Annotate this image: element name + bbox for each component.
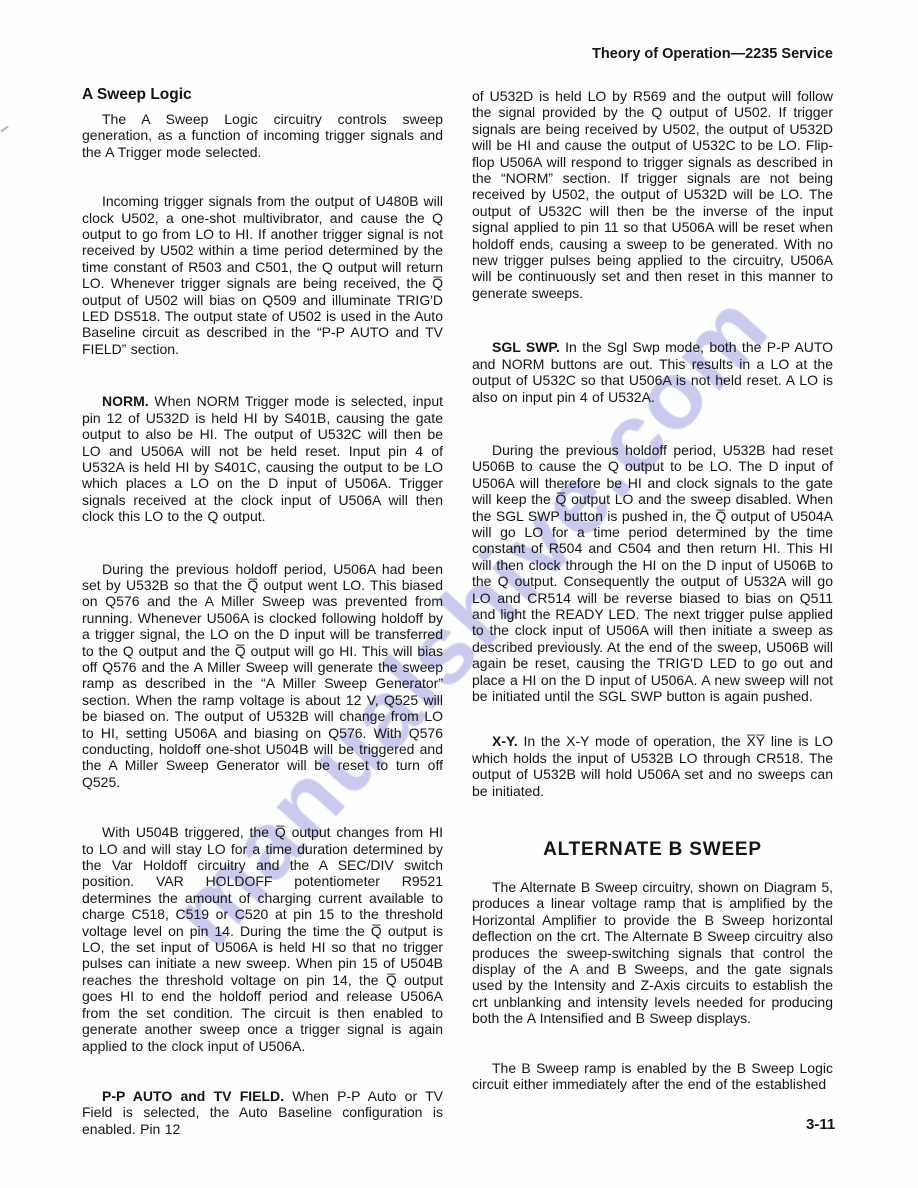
scan-artifact-mark: [0, 126, 9, 133]
paragraph-text: During the previous holdoff period, U506…: [82, 561, 443, 790]
paragraph-text: Incoming trigger signals from the output…: [82, 193, 443, 357]
paragraph: During the previous holdoff period, U532…: [472, 442, 833, 705]
paragraph-text: In the X-Y mode of operation, the X̅Y̅ l…: [472, 733, 833, 798]
paragraph-text: With U504B triggered, the Q̅ output chan…: [82, 824, 443, 1053]
paragraph-text: The Alternate B Sweep circuitry, shown o…: [472, 879, 833, 1026]
two-column-body: A Sweep Logic The A Sweep Logic circuitr…: [82, 86, 833, 1137]
paragraph-norm: NORM. When NORM Trigger mode is selected…: [82, 393, 443, 524]
paragraph: The Alternate B Sweep circuitry, shown o…: [472, 879, 833, 1027]
page-number: 3-11: [806, 1116, 835, 1133]
running-header: Theory of Operation—2235 Service: [592, 46, 833, 62]
paragraph-pp-auto-tv-field: P-P AUTO and TV FIELD. When P-P Auto or …: [82, 1088, 443, 1137]
manual-page: manualshive.com Theory of Operation—2235…: [0, 0, 918, 1188]
section-heading-alternate-b-sweep: ALTERNATE B SWEEP: [472, 839, 833, 861]
paragraph-text: When NORM Trigger mode is selected, inpu…: [82, 393, 443, 524]
paragraph: The A Sweep Logic circuitry controls swe…: [82, 111, 443, 160]
paragraph-sgl-swp: SGL SWP. In the Sgl Swp mode, both the P…: [472, 339, 833, 405]
paragraph-text: The B Sweep ramp is enabled by the B Swe…: [472, 1060, 833, 1092]
paragraph: The B Sweep ramp is enabled by the B Swe…: [472, 1060, 833, 1093]
paragraph-lead: P-P AUTO and TV FIELD.: [102, 1088, 292, 1104]
paragraph: During the previous holdoff period, U506…: [82, 561, 443, 791]
paragraph-continuation: of U532D is held LO by R569 and the outp…: [472, 88, 833, 301]
paragraph: With U504B triggered, the Q̅ output chan…: [82, 824, 443, 1054]
paragraph-text: During the previous holdoff period, U532…: [472, 442, 833, 704]
paragraph-lead: SGL SWP.: [492, 339, 565, 355]
paragraph-text: of U532D is held LO by R569 and the outp…: [472, 88, 833, 301]
section-heading-a-sweep-logic: A Sweep Logic: [82, 86, 443, 104]
left-column: A Sweep Logic The A Sweep Logic circuitr…: [82, 86, 443, 1137]
right-column: of U532D is held LO by R569 and the outp…: [472, 86, 833, 1137]
paragraph-text: The A Sweep Logic circuitry controls swe…: [82, 111, 443, 160]
paragraph: Incoming trigger signals from the output…: [82, 193, 443, 357]
paragraph-lead: NORM.: [102, 393, 154, 409]
paragraph-x-y: X-Y. In the X-Y mode of operation, the X…: [472, 733, 833, 799]
paragraph-lead: X-Y.: [492, 733, 523, 749]
